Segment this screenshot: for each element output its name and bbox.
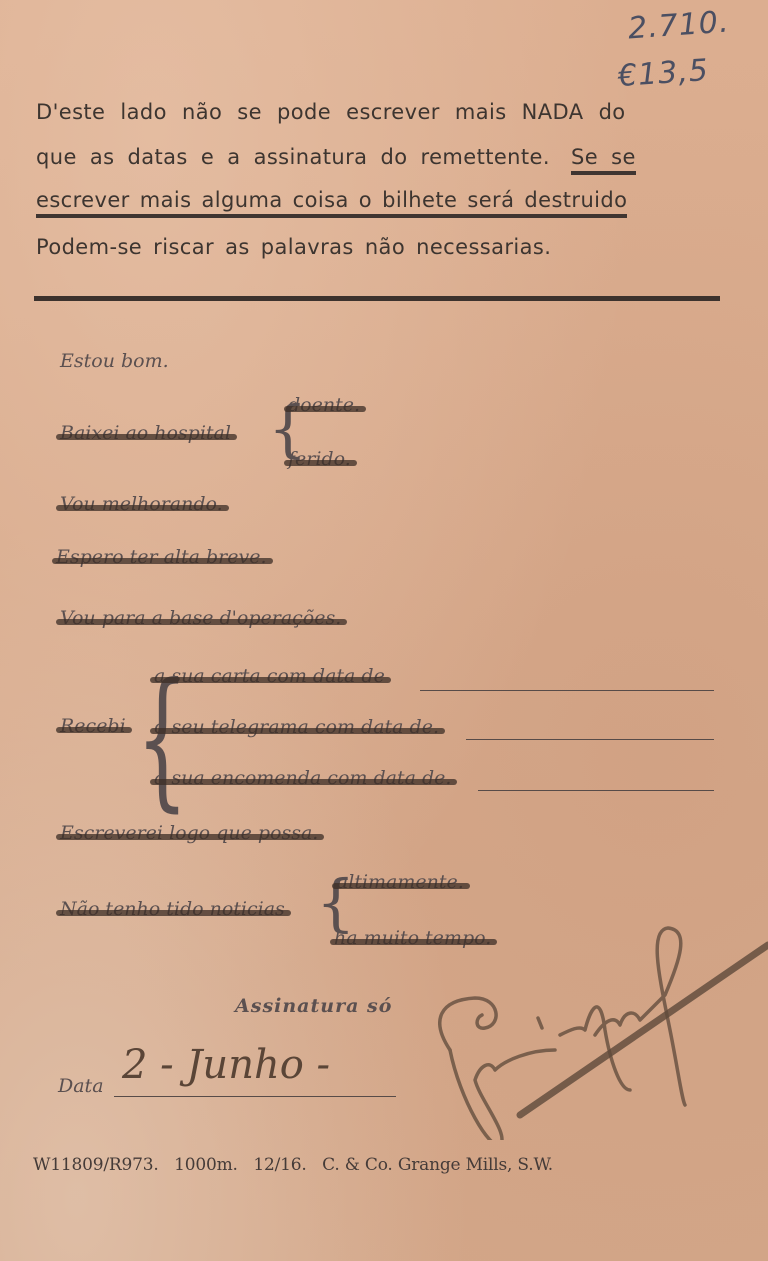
option-escreverei: Escreverei logo que possa. [60,822,318,844]
date-field-line[interactable] [114,1096,396,1097]
option-recebi-carta: a sua carta com data de [154,665,385,687]
option-espero-alta-text: Espero ter alta breve. [56,546,267,568]
printer-imprint: W11809/R973. 1000m. 12/16. C. & Co. Gran… [33,1155,553,1175]
option-recebi-telegrama-text: o seu telegrama com data de. [154,716,439,738]
field-service-postcard: 2.710. €13,5 D'este lado não se pode esc… [0,0,768,1261]
option-recebi: Recebi [60,715,126,737]
option-escreverei-text: Escreverei logo que possa. [60,822,318,844]
notice-line-1: D'este lado não se pode escrever mais NA… [36,100,626,124]
notice-line-4: Podem-se riscar as palavras não necessar… [36,235,551,259]
option-estou-bom: Estou bom. [60,350,169,372]
signature-label: Assinatura só [235,995,392,1017]
option-nao-tenho-text: Não tenho tido noticias [60,898,285,920]
option-espero-alta: Espero ter alta breve. [56,546,267,568]
date-handwritten-value: 2 - Junho - [122,1042,330,1088]
option-vou-melhorando: Vou melhorando. [60,493,223,515]
option-recebi-text: Recebi [60,715,126,737]
option-nao-tenho-noticias: Não tenho tido noticias [60,898,285,920]
date-label: Data [58,1075,104,1097]
option-recebi-encomenda-text: a sua encomenda com data de. [154,767,451,789]
divider-rule [34,296,720,301]
notice-line-2-text: que as datas e a assinatura do remettent… [36,145,550,169]
option-ultimamente: ultimamente. [336,871,464,893]
option-baixei-text: Baixei ao hospital [60,422,231,444]
option-vou-melhorando-text: Vou melhorando. [60,493,223,515]
option-ferido-text: ferido. [288,448,351,470]
option-baixei-hospital: Baixei ao hospital [60,422,231,444]
blank-carta-date[interactable] [420,690,714,691]
blank-encomenda-date[interactable] [478,790,714,791]
option-recebi-telegrama: o seu telegrama com data de. [154,716,439,738]
option-recebi-carta-text: a sua carta com data de [154,665,385,687]
option-ultimamente-text: ultimamente. [336,871,464,893]
option-vou-base-text: Vou para a base d'operações. [60,607,341,629]
notice-line-3: escrever mais alguma coisa o bilhete ser… [36,188,627,218]
option-recebi-encomenda: a sua encomenda com data de. [154,767,451,789]
option-doente: doente. [288,394,360,416]
option-ferido: ferido. [288,448,351,470]
option-doente-text: doente. [288,394,360,416]
notice-line-2: que as datas e a assinatura do remettent… [36,145,636,169]
signature-icon [420,900,768,1140]
blank-telegrama-date[interactable] [466,739,714,740]
notice-underlined-start: Se se [571,145,636,175]
option-vou-base: Vou para a base d'operações. [60,607,341,629]
warning-notice: D'este lado não se pode escrever mais NA… [36,0,726,260]
